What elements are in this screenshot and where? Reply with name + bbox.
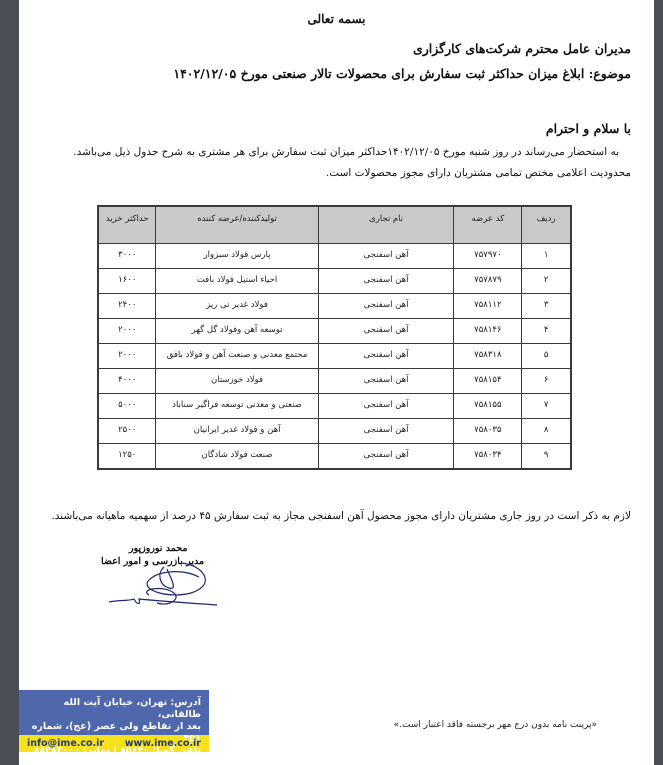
header-max-purchase: حداکثر خرید [98,206,156,244]
cell-max-purchase: ۲۰۰۰ [98,319,156,344]
letter-heading: بسمه تعالی [19,12,654,26]
body-line-2: محدودیت اعلامی مختص تمامی مشتریان دارای … [41,163,631,184]
table-row: ۱ ۷۵۷۹۷۰ آهن اسفنجی پارس فولاد سبزوار ۳۰… [98,244,571,269]
cell-trade-name: آهن اسفنجی [318,319,454,344]
cell-offer-code: ۷۵۸۱۵۴ [454,369,522,394]
table-row: ۴ ۷۵۸۱۴۶ آهن اسفنجی توسعه آهن وفولاد گل … [98,319,571,344]
header-trade-name: نام تجاری [318,206,454,244]
header-producer: تولیدکننده/عرضه کننده [156,206,318,244]
footnote-text: لازم به ذکر است در روز جاری مشتریان دارا… [51,510,631,522]
table-row: ۳ ۷۵۸۱۱۲ آهن اسفنجی فولاد غدیر نی ریز ۲۴… [98,294,571,319]
order-quota-table: ردیف کد عرضه نام تجاری تولیدکننده/عرضه ک… [97,205,572,470]
footer-address: آدرس: تهران، خیابان آیت الله طالقانی، بع… [19,690,209,735]
disclaimer-text: «پرینت نامه بدون درج مهر برجسته فاقد اعت… [394,720,597,730]
cell-row-number: ۳ [522,294,571,319]
cell-offer-code: ۷۵۷۹۷۰ [454,244,522,269]
cell-row-number: ۶ [522,369,571,394]
cell-max-purchase: ۲۰۰۰ [98,344,156,369]
cell-trade-name: آهن اسفنجی [318,444,454,470]
cell-producer: فولاد غدیر نی ریز [156,294,318,319]
cell-producer: پارس فولاد سبزوار [156,244,318,269]
cell-trade-name: آهن اسفنجی [318,269,454,294]
cell-trade-name: آهن اسفنجی [318,344,454,369]
cell-max-purchase: ۲۴۰۰ [98,294,156,319]
footer-contact-block: آدرس: تهران، خیابان آیت الله طالقانی، بع… [19,690,209,752]
cell-max-purchase: ۱۶۰۰ [98,269,156,294]
cell-producer: فولاد خوزستان [156,369,318,394]
table-row: ۸ ۷۵۸۰۳۵ آهن اسفنجی آهن و فولاد غدیر ایر… [98,419,571,444]
cell-trade-name: آهن اسفنجی [318,244,454,269]
cell-max-purchase: ۳۰۰۰ [98,244,156,269]
cell-row-number: ۷ [522,394,571,419]
cell-offer-code: ۷۵۸۳۱۸ [454,344,522,369]
cell-row-number: ۱ [522,244,571,269]
cell-offer-code: ۷۵۷۸۷۹ [454,269,522,294]
address-line-1: آدرس: تهران، خیابان آیت الله طالقانی، [23,697,201,721]
header-row-number: ردیف [522,206,571,244]
cell-producer: صنعتی و معدنی توسعه فراگیر سناباد [156,394,318,419]
cell-trade-name: آهن اسفنجی [318,419,454,444]
cell-producer: آهن و فولاد غدیر ایرانیان [156,419,318,444]
cell-producer: توسعه آهن وفولاد گل گهر [156,319,318,344]
table-row: ۹ ۷۵۸۰۳۴ آهن اسفنجی صنعت فولاد شادگان ۱۲… [98,444,571,470]
cell-offer-code: ۷۵۸۰۳۵ [454,419,522,444]
cell-max-purchase: ۴۰۰۰ [98,369,156,394]
letter-page: بسمه تعالی مدیران عامل محترم شرکت‌های کا… [19,0,654,765]
cell-row-number: ۵ [522,344,571,369]
cell-max-purchase: ۱۲۵۰ [98,444,156,470]
cell-offer-code: ۷۵۸۰۳۴ [454,444,522,470]
cell-offer-code: ۷۵۸۱۱۲ [454,294,522,319]
signatory-name: محمد نوروزپور [129,543,187,554]
table-row: ۷ ۷۵۸۱۵۵ آهن اسفنجی صنعتی و معدنی توسعه … [98,394,571,419]
handwritten-signature-icon [109,555,229,610]
cell-producer: احیاء استیل فولاد بافت [156,269,318,294]
cell-producer: صنعت فولاد شادگان [156,444,318,470]
greeting: با سلام و احترام [546,121,631,136]
cell-row-number: ۴ [522,319,571,344]
cell-max-purchase: ۲۵۰۰ [98,419,156,444]
body-line-1: به استحضار می‌رساند در روز شنبه مورخ ۱۴۰… [41,142,631,163]
footer-website[interactable]: www.ime.co.ir [125,735,201,752]
cell-row-number: ۸ [522,419,571,444]
header-offer-code: کد عرضه [454,206,522,244]
cell-row-number: ۹ [522,444,571,470]
cell-trade-name: آهن اسفنجی [318,369,454,394]
cell-trade-name: آهن اسفنجی [318,394,454,419]
table-row: ۵ ۷۵۸۳۱۸ آهن اسفنجی مجتمع معدنی و صنعت آ… [98,344,571,369]
table-header-row: ردیف کد عرضه نام تجاری تولیدکننده/عرضه ک… [98,206,571,244]
body-paragraph: به استحضار می‌رساند در روز شنبه مورخ ۱۴۰… [41,142,631,184]
footer-email[interactable]: info@ime.co.ir [27,735,104,752]
cell-producer: مجتمع معدنی و صنعت آهن و فولاد بافق [156,344,318,369]
cell-offer-code: ۷۵۸۱۵۵ [454,394,522,419]
subject-line: موضوع: ابلاغ میزان حداکثر ثبت سفارش برای… [173,66,631,81]
table-row: ۶ ۷۵۸۱۵۴ آهن اسفنجی فولاد خوزستان ۴۰۰۰ [98,369,571,394]
table-row: ۲ ۷۵۷۸۷۹ آهن اسفنجی احیاء استیل فولاد با… [98,269,571,294]
cell-trade-name: آهن اسفنجی [318,294,454,319]
addressee: مدیران عامل محترم شرکت‌های کارگزاری [413,41,631,56]
cell-max-purchase: ۵۰۰۰ [98,394,156,419]
cell-offer-code: ۷۵۸۱۴۶ [454,319,522,344]
cell-row-number: ۲ [522,269,571,294]
